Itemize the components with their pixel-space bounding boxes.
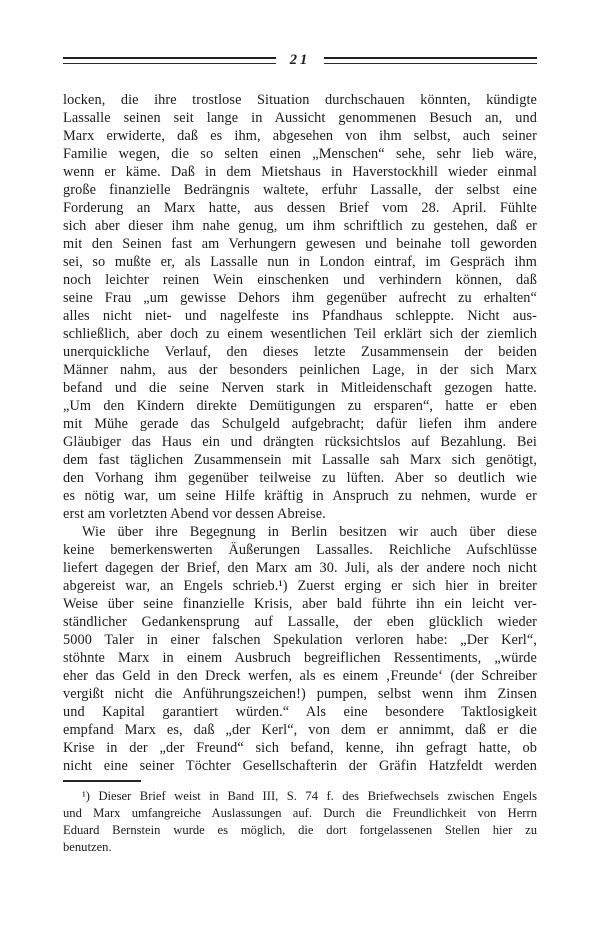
header-rule-left: [63, 57, 276, 64]
text-line: vergißt nicht die Anführungszeichen!) pu…: [63, 685, 537, 703]
text-line: Krise in der „der Freund“ sich befand, k…: [63, 739, 537, 757]
text-line: stöhnte Marx in einem Ausbruch begreifli…: [63, 649, 537, 667]
text-line: 5000 Taler in einer falschen Spekulation…: [63, 631, 537, 649]
text-line: mit Mühe gerade das Schulgeld aufgebrach…: [63, 415, 537, 433]
text-line: unerquickliche Verlauf, den dieses letzt…: [63, 343, 537, 361]
text-line: seine Frau „um gewisse Dehors ihm gegenü…: [63, 289, 537, 307]
text-line: schließlich, aber doch zu einem wesentli…: [63, 325, 537, 343]
footnote-line: und Marx umfangreiche Auslassungen auf. …: [63, 805, 537, 822]
text-line: alles nicht niet- und nagelfeste ins Pfa…: [63, 307, 537, 325]
running-head: 21: [63, 53, 537, 67]
text-line: noch leichter reinen Wein einschenken un…: [63, 271, 537, 289]
text-line: eher das Geld in den Dreck werfen, als e…: [63, 667, 537, 685]
text-line: den Vorhang ihm gegenüber teilweise zu l…: [63, 469, 537, 487]
text-line: liefert dagegen der Brief, den Marx am 3…: [63, 559, 537, 577]
text-line: Familie wegen, die so selten einen „Mens…: [63, 145, 537, 163]
footnote-line: ¹) Dieser Brief weist in Band III, S. 74…: [63, 788, 537, 805]
text-line: Männer nahm, aus der besonders peinliche…: [63, 361, 537, 379]
text-line: Lassalle seinen seit lange in Aussicht g…: [63, 109, 537, 127]
text-line: nicht eine seiner Töchter Gesellschafter…: [63, 757, 537, 775]
text-line: dem fast täglichen Zusammensein mit Lass…: [63, 451, 537, 469]
text-line: erst am vorletzten Abend vor dessen Abre…: [63, 505, 537, 523]
text-line: Forderung an Marx hatte, aus dessen Brie…: [63, 199, 537, 217]
footnote-line: benutzen.: [63, 839, 537, 856]
text-line: sich aber dieser ihm nahe genug, um ihm …: [63, 217, 537, 235]
text-line: Weise über seine finanzielle Krisis, abe…: [63, 595, 537, 613]
text-line: befand und die seine Nerven stark in Mit…: [63, 379, 537, 397]
text-line: Wie über ihre Begegnung in Berlin besitz…: [63, 523, 537, 541]
text-line: es nötig war, um seine Hilfe kräftig in …: [63, 487, 537, 505]
text-line: mit den Seinen fast am Verhungern gewese…: [63, 235, 537, 253]
text-line: sei, so mußte er, als Lassalle nun in Lo…: [63, 253, 537, 271]
header-rule-right: [324, 57, 537, 64]
text-line: und Kapital garantiert würden.“ Als eine…: [63, 703, 537, 721]
text-line: wenn er käme. Daß in dem Mietshaus in Ha…: [63, 163, 537, 181]
text-line: abgereist war, an Engels schrieb.¹) Zuer…: [63, 577, 537, 595]
footnote-line: Eduard Bernstein wurde es möglich, die d…: [63, 822, 537, 839]
text-line: Marx erwiderte, daß es ihm, abgesehen vo…: [63, 127, 537, 145]
page-number: 21: [276, 53, 325, 67]
text-line: ständlicher Gedankensprung auf Lassalle,…: [63, 613, 537, 631]
text-line: locken, die ihre trostlose Situation dur…: [63, 91, 537, 109]
text-line: empfand Marx es, daß „der Kerl“, von dem…: [63, 721, 537, 739]
body-text: locken, die ihre trostlose Situation dur…: [63, 91, 537, 775]
footnote: ¹) Dieser Brief weist in Band III, S. 74…: [63, 788, 537, 856]
text-line: Gläubiger das Haus ein und drängten rück…: [63, 433, 537, 451]
text-line: „Um den Kindern direkte Demütigungen zu …: [63, 397, 537, 415]
text-line: große finanzielle Bedrängnis waltete, er…: [63, 181, 537, 199]
footnote-separator: [63, 780, 141, 782]
text-line: keine bemerkenswerten Äußerungen Lassall…: [63, 541, 537, 559]
book-page: 21 locken, die ihre trostlose Situation …: [0, 0, 600, 939]
